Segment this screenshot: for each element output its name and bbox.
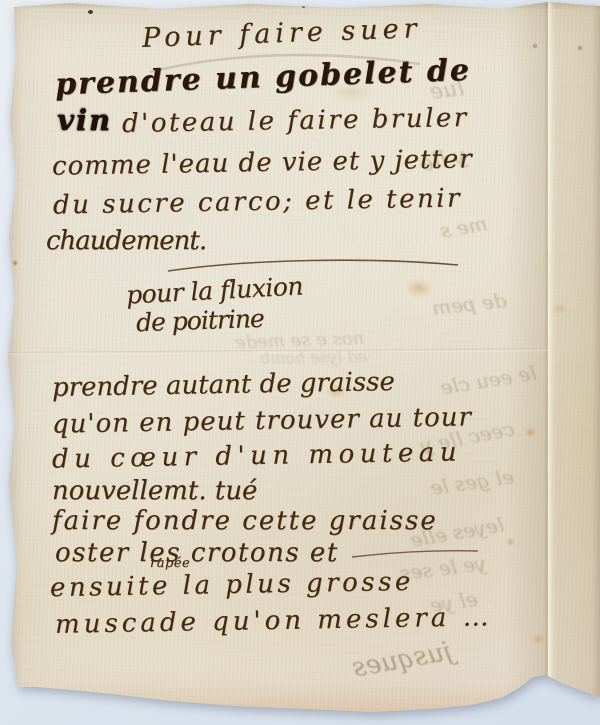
handwritten-line: prendre un gobelet de [55, 53, 472, 102]
paper-shadow-wrapper: lue y lle me s de pem nos e se mede ed l… [0, 0, 600, 725]
handwritten-line: faire fondre cette graisse [52, 506, 438, 536]
handwritten-line: prendre autant de graisse [52, 367, 395, 403]
manuscript-page: lue y lle me s de pem nos e se mede ed l… [0, 0, 600, 725]
handwritten-line: muscade qu'on meslera … [55, 602, 493, 640]
show-through-text: de pem [431, 288, 508, 320]
ink-speck [88, 10, 93, 14]
left-edge-shading [0, 0, 22, 725]
photo-backdrop: lue y lle me s de pem nos e se mede ed l… [0, 0, 600, 725]
handwritten-line: chaudement. [46, 226, 206, 256]
section-heading-line: de poitrine [136, 304, 265, 337]
show-through-text: ed lyse homb [260, 347, 367, 368]
inserted-word: rapée [150, 556, 190, 571]
underline-flourish [168, 260, 458, 271]
handwritten-line: qu'on en peut trouver au tour [52, 402, 472, 439]
handwritten-line: du sucre carco; et le tenir [53, 183, 462, 220]
handwritten-line: nouvellemt. tué [52, 476, 257, 506]
folded-leaf-panel [548, 0, 600, 725]
handwritten-line: ensuite la plus grosse [50, 567, 414, 603]
section-heading-line: pour la fluxion [125, 271, 303, 309]
foxing-stain [405, 278, 433, 298]
handwritten-line: du cœur d'un mouteau [52, 437, 463, 474]
handwritten-line: comme l'eau de vie et y jetter [52, 144, 473, 181]
handwritten-word-blotted: vin [57, 103, 112, 137]
recipe-title-line: Pour faire suer [142, 13, 422, 54]
handwritten-line: d'oteau le faire bruler [122, 103, 469, 139]
show-through-word-jusques: jusques [350, 637, 454, 684]
show-through-text: me s [438, 211, 489, 243]
handwritten-line: oster les crotons et [55, 538, 339, 568]
show-through-text: el ges le [429, 464, 516, 499]
